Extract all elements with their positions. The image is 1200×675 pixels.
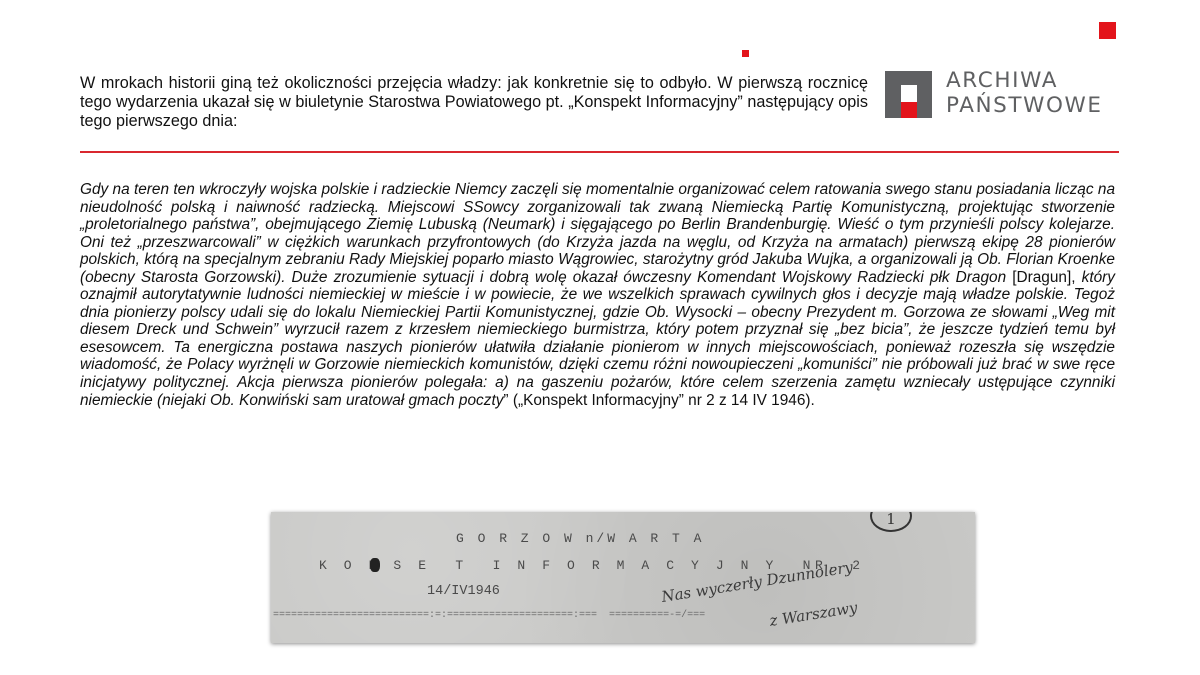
scanned-bulletin-header-image: 1 G O R Z O W n/W A R T A K O N S E T I … [271, 512, 975, 643]
ink-blot [370, 558, 380, 572]
archiwa-panstwowe-logo: ARCHIWA PAŃSTWOWE [885, 71, 1125, 121]
scan-typed-rule: ==========================:=:===========… [273, 610, 705, 621]
scan-typed-date: 14/IV1946 [427, 584, 500, 599]
quote-citation: ” („Konspekt Informacyjny” nr 2 z 14 IV … [503, 392, 814, 409]
archival-quote: Gdy na teren ten wkroczyły wojska polski… [80, 181, 1115, 409]
logo-mark-icon [885, 71, 932, 118]
decorative-red-dot [742, 50, 749, 57]
editorial-insert: [Dragun], [1012, 269, 1075, 286]
circled-page-number: 1 [870, 512, 912, 532]
logo-line-1: ARCHIWA [946, 68, 1103, 93]
red-divider-line [80, 151, 1119, 153]
decorative-red-square [1099, 22, 1116, 39]
logo-wordmark: ARCHIWA PAŃSTWOWE [946, 68, 1103, 118]
scan-handwritten-note-2: z Warszawy [768, 598, 858, 630]
quote-text-part-1: Gdy na teren ten wkroczyły wojska polski… [80, 181, 1115, 286]
quote-text-part-2: który oznajmił autorytatywnie ludności n… [80, 269, 1115, 409]
intro-paragraph: W mrokach historii giną też okoliczności… [80, 74, 868, 131]
scan-typed-city: G O R Z O W n/W A R T A [456, 531, 704, 546]
logo-line-2: PAŃSTWOWE [946, 93, 1103, 118]
